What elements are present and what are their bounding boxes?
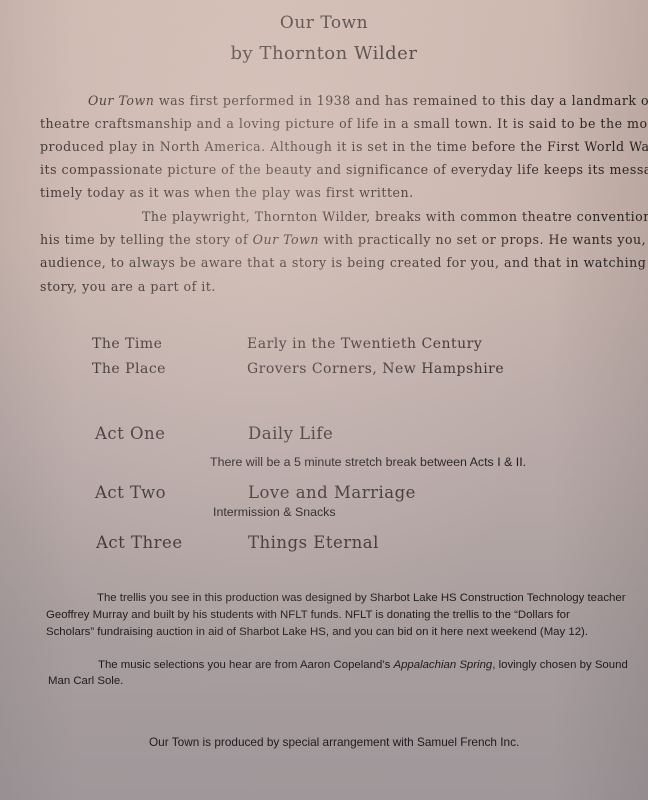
music-note-line: The music selections you hear are from A… xyxy=(98,657,628,674)
play-name-italic: Our Town xyxy=(88,93,154,108)
play-name-italic: Our Town xyxy=(253,232,319,247)
trellis-note-line: Scholars” fundraising auction in aid of … xyxy=(46,624,588,641)
setting-place-label: The Place xyxy=(92,361,166,377)
trellis-note-line: Geoffrey Murray and built by his student… xyxy=(46,607,570,624)
rights-credit: Our Town is produced by special arrangem… xyxy=(149,734,519,751)
act-three-label: Act Three xyxy=(96,533,183,552)
setting-place-value: Grovers Corners, New Hampshire xyxy=(247,361,504,377)
act-one-title: Daily Life xyxy=(248,424,333,443)
act-two-label: Act Two xyxy=(95,483,166,502)
music-note-line: Man Carl Sole. xyxy=(48,673,123,690)
intro-line: timely today as it was when the play was… xyxy=(40,182,414,205)
program-page: Our Town by Thornton Wilder Our Town was… xyxy=(0,0,648,800)
act-two-note: Intermission & Snacks xyxy=(213,505,336,519)
setting-time-label: The Time xyxy=(92,336,162,352)
intro-line: produced play in North America. Although… xyxy=(40,136,648,159)
intro-line: Our Town was first performed in 1938 and… xyxy=(88,90,648,113)
intro-line: his time by telling the story of Our Tow… xyxy=(40,229,648,252)
act-three-title: Things Eternal xyxy=(248,533,379,552)
intro-line: its compassionate picture of the beauty … xyxy=(40,159,648,182)
setting-time-value: Early in the Twentieth Century xyxy=(247,336,482,352)
play-author: by Thornton Wilder xyxy=(0,43,648,64)
act-one-note: There will be a 5 minute stretch break b… xyxy=(210,455,526,469)
trellis-note-line: The trellis you see in this production w… xyxy=(97,590,626,607)
intro-line: story, you are a part of it. xyxy=(40,276,216,299)
intro-line: audience, to always be aware that a stor… xyxy=(40,252,648,275)
music-piece-title: Appalachian Spring xyxy=(393,659,492,671)
act-two-title: Love and Marriage xyxy=(248,483,416,502)
play-title: Our Town xyxy=(0,13,648,33)
intro-line: theatre craftsmanship and a loving pictu… xyxy=(40,113,648,136)
intro-line: The playwright, Thornton Wilder, breaks … xyxy=(142,206,648,229)
act-one-label: Act One xyxy=(95,424,165,443)
